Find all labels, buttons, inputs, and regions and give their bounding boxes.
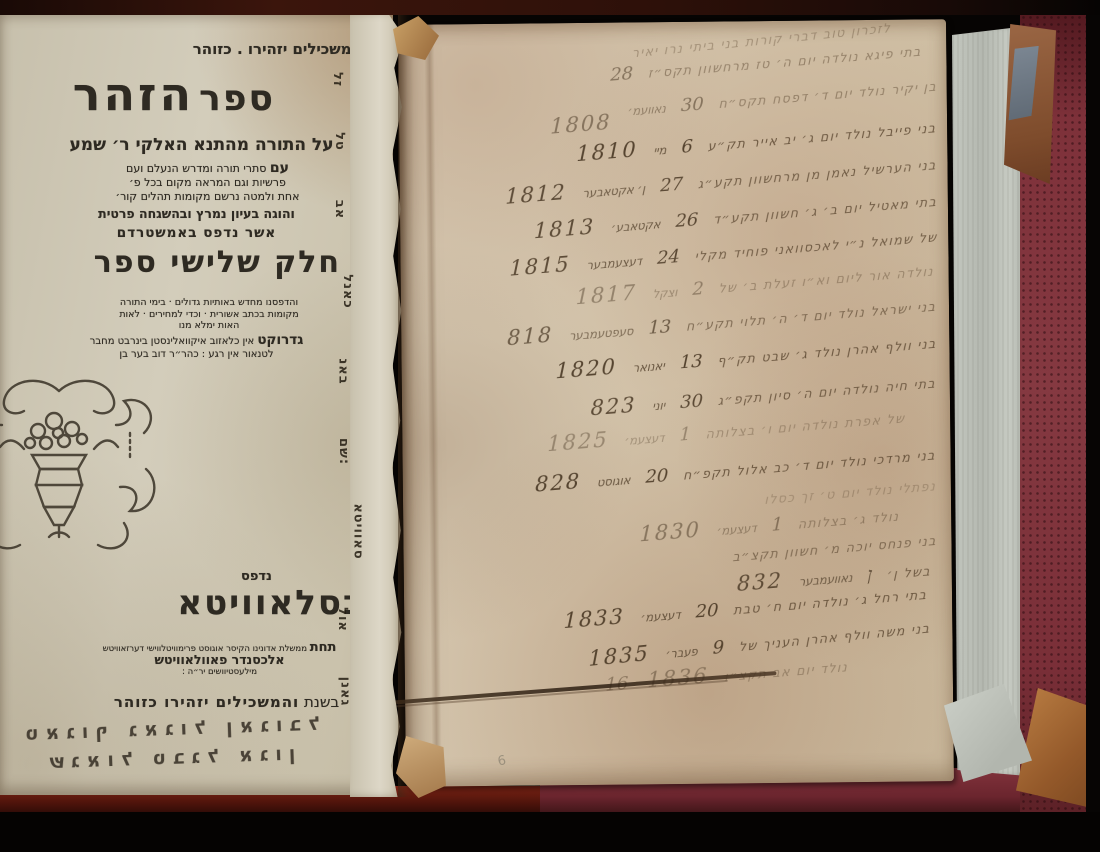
entry-text: בני וולף אהרן נולד ג׳ שבט תק״ף	[717, 336, 936, 369]
entry-text: בן יקיר נולד יום ד׳ דפסח תקס״ח	[718, 79, 937, 112]
entry-month: פעבר׳	[666, 644, 698, 661]
entry-text: בני משה וולף אהרן העניך של	[739, 620, 930, 654]
entry-day: 13	[648, 316, 671, 339]
reprint-line: האות ימלא מנו	[55, 320, 363, 332]
entry-text: של אפרת נולדה יום ו׳ בצלותה	[706, 410, 906, 441]
entry-day: 9	[713, 637, 725, 659]
entry-text: בתי מאטיל יום ב׳ ג׳ חשוון תקע״ד	[713, 194, 937, 227]
handwritten-register-page: לזכרון טוב דברי קורות בני ביתי נרו יאירב…	[398, 19, 954, 787]
entry-month: אקטאבע׳	[611, 217, 661, 235]
margin-glyph: אב	[332, 200, 347, 219]
entry-day: 13	[680, 351, 703, 374]
entry-year: 828	[535, 469, 582, 497]
entry-day: 20	[695, 600, 718, 623]
entry-text: נולד יום אב תקצ״ו	[724, 659, 848, 684]
entry-year: 1815	[509, 252, 571, 281]
description-line: אחת ולמטה נרשם מקומות תהלים קור׳	[116, 190, 300, 203]
entry-month: סעפטעמבער	[569, 324, 634, 343]
entry-year: 1810	[576, 137, 638, 166]
entry-text: בני פייבל נולד יום ג׳ יב אייר תק״ע	[708, 120, 937, 153]
gedrukt-text: אין כלאזוב איקוואלינסטן בינרבט מחבר	[90, 336, 254, 347]
entry-month: מיי	[653, 143, 666, 158]
margin-glyph: שם:	[336, 438, 351, 465]
reprint-line: והדפסנו מחדש באותיות גדולים · בימי התורה	[55, 297, 363, 309]
scan-backdrop-bottom	[0, 812, 1100, 852]
entry-year: 1812	[505, 180, 567, 209]
entry-day: 20	[645, 465, 668, 488]
margin-glyph: באנ	[336, 358, 351, 384]
description-lead-word: עם	[270, 160, 289, 176]
description-line: פרשיות וגם המראה מקום בכל פ׳	[129, 176, 286, 189]
margin-glyph: טל	[332, 132, 347, 151]
entry-year: 1830	[639, 517, 701, 546]
entry-year: 1817	[575, 280, 637, 309]
entry-day: 30	[680, 390, 703, 413]
entry-month: ן׳ אקטאבער	[582, 182, 645, 201]
entry-month: יוני	[652, 398, 665, 413]
motto-text: והמשכילים יזהירו . כזוהר	[193, 40, 367, 58]
entry-day: 28	[610, 63, 633, 86]
entry-day: 24	[657, 246, 680, 269]
entry-month: דעצעמבער	[586, 254, 642, 273]
entry-year: 1808	[550, 110, 612, 139]
entry-text: נולדה אור ליום וא״ו זעלת ב׳ של	[719, 264, 935, 296]
entry-year: 1833	[563, 604, 625, 633]
gedrukt-label: גדרוקט	[257, 332, 303, 348]
entry-month: וצקל	[653, 285, 678, 301]
entry-month: דעצעמ׳	[641, 608, 681, 625]
entry-day: 6	[681, 136, 693, 158]
title-word-hazohar: הזהר	[73, 67, 194, 121]
entry-year: 823	[590, 393, 637, 421]
cover-edge-top	[0, 0, 1100, 15]
margin-glyph: סאוויטא	[351, 503, 366, 559]
entry-day: ן	[867, 564, 872, 585]
entry-text: בני ישראל נולד יום ד׳ ה׳ תלוי תקע״ח	[686, 299, 936, 334]
entry-text: נולד ג׳ בצלותה	[798, 509, 900, 532]
printers-device-vase-ornament	[0, 373, 164, 568]
entry-year: 818	[507, 322, 554, 350]
margin-handwriting-column: זלטלאבכאנלבאנשם:סאוויטאאולגאנן	[330, 72, 364, 772]
description-line: סתרי תורה ומדרש הנעלם ועם	[126, 162, 266, 175]
title-word-sefer: ספר	[199, 78, 275, 119]
chronogram-text: והמשכילים יזהירו כזוהר	[114, 693, 299, 711]
gutter-crease-shadow	[398, 13, 414, 797]
entry-year: 1813	[534, 214, 596, 243]
entry-day: 1	[771, 514, 783, 536]
entry-day: 30	[681, 93, 704, 116]
entry-day: 2	[692, 278, 704, 300]
entry-month: אוגוסט	[597, 473, 631, 490]
entry-year: 1820	[555, 354, 617, 383]
entry-text: נפתלי נולד יום ט׳ זך כסלו	[764, 478, 936, 507]
reprint-line: מקומות בכתב אשורית · וכדי למחירים · לאות	[55, 309, 363, 321]
entry-day: 1	[679, 424, 691, 446]
book-scan: והמשכילים יזהירו . כזוהר ספר הזהר על התו…	[0, 0, 1100, 852]
entry-month: יאנואר	[633, 359, 665, 376]
entry-day: 27	[660, 174, 683, 197]
entry-year: 1825	[547, 427, 609, 456]
ink-offset-marks-row2: שגאול טבגל אגון	[4, 741, 335, 775]
margin-glyph: זל	[330, 72, 345, 87]
margin-glyph: אול	[335, 607, 350, 632]
entry-month: דעצעמ׳	[624, 431, 664, 448]
ink-offset-marks-row1: טאגוף גאגול ןאגובל	[4, 712, 335, 746]
imprint-line2: מילעסטיוושים יר״ה :	[182, 667, 257, 677]
margin-glyph: גאנן	[337, 677, 352, 707]
entry-month: נאוועמ׳	[628, 101, 667, 118]
title-page-motto: והמשכילים יזהירו . כזוהר	[0, 40, 393, 58]
margin-glyph: כאנל	[340, 274, 355, 309]
entry-day: 26	[675, 209, 698, 232]
entry-year: 1835	[588, 641, 649, 671]
scan-backdrop-right	[1086, 0, 1100, 852]
page-number-mark: 6	[496, 753, 507, 769]
register-entries: לזכרון טוב דברי קורות בני ביתי נרו יאירב…	[398, 19, 946, 25]
tsar-name: אלכסנדר פאוולאוויטש	[155, 652, 285, 667]
entry-month: דעצעמ׳	[717, 521, 757, 538]
entry-text: בני הערשיל נאמן מן מרחשוון תקע״ג	[698, 157, 937, 191]
